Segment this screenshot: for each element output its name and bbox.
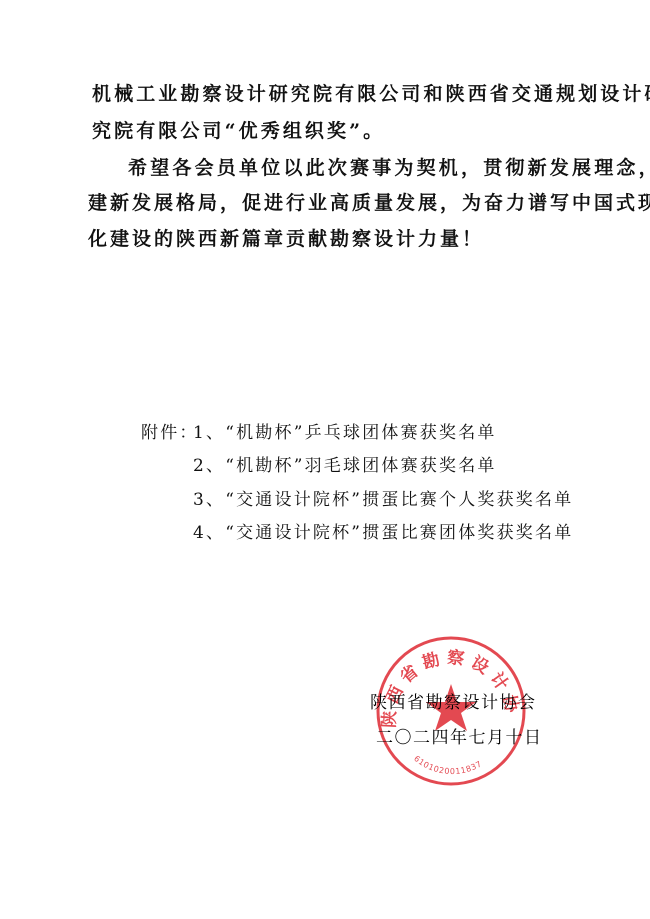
paragraph1-line2: 究院有限公司“优秀组织奖”。 [92, 119, 385, 143]
paragraph2-line1: 希望各会员单位以此次赛事为契机，贯彻新发展理念，构 [128, 156, 650, 180]
attachment-item-4: 4、“交通设计院杯”掼蛋比赛团体奖获奖名单 [193, 522, 573, 544]
attachment-item-2: 2、“机勘杯”羽毛球团体赛获奖名单 [193, 455, 497, 477]
attachment-item-1: 1、“机勘杯”乒乓球团体赛获奖名单 [193, 422, 497, 444]
document-page: 机械工业勘察设计研究院有限公司和陕西省交通规划设计研 究院有限公司“优秀组织奖”… [0, 0, 650, 919]
paragraph1-line1: 机械工业勘察设计研究院有限公司和陕西省交通规划设计研 [92, 82, 650, 106]
attachment-item-3: 3、“交通设计院杯”掼蛋比赛个人奖获奖名单 [193, 489, 573, 511]
signature-organization: 陕西省勘察设计协会 [370, 692, 537, 714]
paragraph2-line2: 建新发展格局，促进行业高质量发展，为奋力谱写中国式现代 [88, 191, 650, 215]
signature-date: 二〇二四年七月十日 [376, 727, 543, 749]
attachments-label: 附件： [141, 422, 199, 444]
seal-code: 6101020011837 [412, 754, 483, 776]
paragraph2-line3: 化建设的陕西新篇章贡献勘察设计力量！ [88, 227, 484, 251]
